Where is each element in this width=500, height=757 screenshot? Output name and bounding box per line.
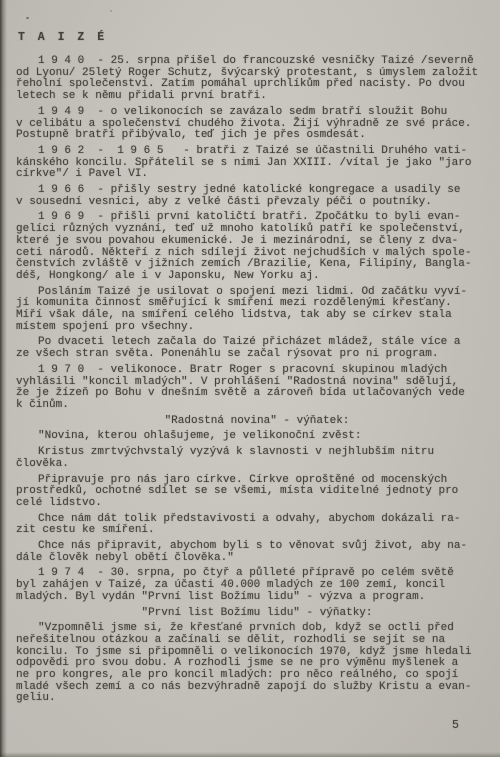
paragraph-1940: 1 9 4 0 - 25. srpna přišel do francouzsk… bbox=[16, 56, 498, 103]
scan-speck bbox=[110, 10, 112, 12]
scan-bottom-edge-shadow bbox=[0, 752, 500, 757]
paragraph-po-dvaceti-letech: Po dvaceti letech začala do Taizé přichá… bbox=[16, 337, 498, 360]
heading-prvni-list-vynatky: "První list Božímu lidu" - výňatky: bbox=[16, 608, 498, 620]
paragraph-1949: 1 9 4 9 - o velikonocích se zavázalo sed… bbox=[16, 107, 498, 142]
paragraph-1962-1965: 1 9 6 2 - 1 9 6 5 - bratři z Taizé se úč… bbox=[16, 146, 498, 181]
scan-speck bbox=[26, 17, 29, 19]
quote-pripravuje: Připravuje pro nás jaro církve. Církve o… bbox=[16, 475, 498, 510]
document-body: T A I Z É 1 9 4 0 - 25. srpna přišel do … bbox=[16, 31, 498, 705]
quote-vzpomneli-jsme-si: "Vzpomněli jsme si, že křesťané prvních … bbox=[16, 623, 498, 705]
quote-novina: "Novina, kterou ohlašujeme, je velikonoč… bbox=[16, 431, 498, 443]
scan-left-edge-shadow bbox=[0, 0, 7, 757]
paragraph-1970: 1 9 7 0 - velikonoce. Bratr Roger s prac… bbox=[16, 365, 498, 412]
heading-radostna-novina-vynatek: "Radostná novina" - výňatek: bbox=[16, 416, 498, 428]
paragraph-1974: 1 9 7 4 - 30. srpna, po čtyř a půlleté p… bbox=[16, 568, 498, 603]
paragraph-1969: 1 9 6 9 - přišli první katoličtí bratři.… bbox=[16, 212, 498, 282]
paragraph-1966: 1 9 6 6 - přišly sestry jedné katolické … bbox=[16, 185, 498, 208]
paragraph-poslani-taize: Posláním Taizé je usilovat o spojení mez… bbox=[16, 287, 498, 334]
scanned-document-page: { "doc": { "title": "T A I Z É", "page_n… bbox=[0, 0, 500, 757]
quote-chce-nam-dat: Chce nám dát tolik představivosti a odva… bbox=[16, 514, 498, 537]
document-title: T A I Z É bbox=[18, 31, 498, 44]
quote-kristus: Kristus zmrtvýchvstalý vyzývá k slavnost… bbox=[16, 447, 498, 470]
quote-chce-nas-pripravit: Chce nás připravit, abychom byli s to vě… bbox=[16, 541, 498, 564]
page-number: 5 bbox=[452, 719, 459, 732]
